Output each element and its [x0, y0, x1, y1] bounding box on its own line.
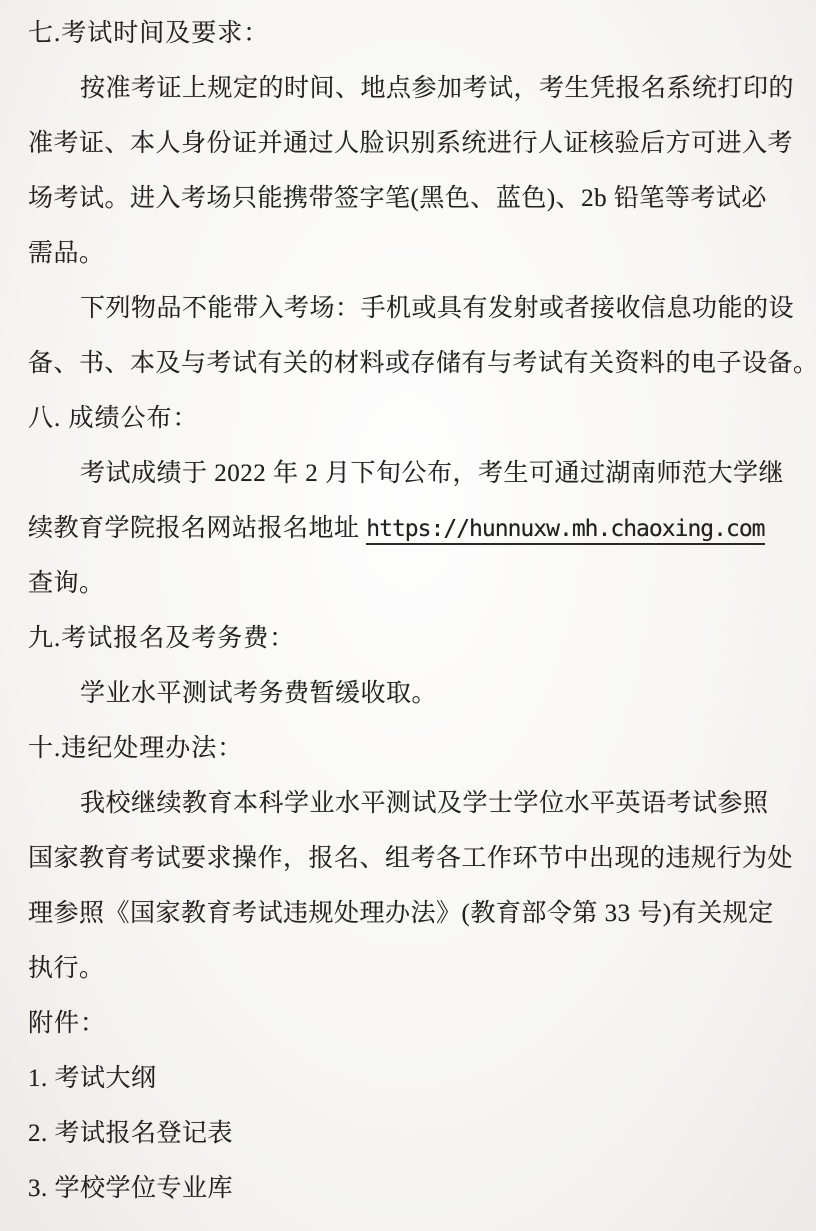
text-line: 我校继续教育本科学业水平测试及学士学位水平英语考试参照 [28, 776, 792, 831]
text-line: 考试成绩于 2022 年 2 月下旬公布，考生可通过湖南师范大学继 [28, 446, 792, 501]
attachment-item: 3. 学校学位专业库 [28, 1161, 792, 1216]
attachment-item: 2. 考试报名登记表 [28, 1106, 792, 1161]
section-heading: 八. 成绩公布： [28, 391, 792, 446]
line-text: 学业水平测试考务费暂缓收取。 [80, 680, 437, 707]
document-page: 七.考试时间及要求：按准考证上规定的时间、地点参加考试，考生凭报名系统打印的准考… [0, 0, 816, 1231]
line-text: 准考证、本人身份证并通过人脸识别系统进行人证核验后方可进入考 [28, 130, 793, 157]
line-text: 备、书、本及与考试有关的材料或存储有与考试有关资料的电子设备。 [28, 350, 816, 377]
text-line: 续教育学院报名网站报名地址 https://hunnuxw.mh.chaoxin… [28, 501, 792, 556]
line-text: 续教育学院报名网站报名地址 [28, 515, 366, 542]
text-line: 学业水平测试考务费暂缓收取。 [28, 666, 792, 721]
line-text: 理参照《国家教育考试违规处理办法》(教育部令第 33 号)有关规定 [28, 900, 774, 927]
line-text: 执行。 [28, 955, 105, 982]
line-text: 七.考试时间及要求： [28, 20, 269, 47]
section-heading: 附件： [28, 996, 792, 1051]
line-text: 国家教育考试要求操作，报名、组考各工作环节中出现的违规行为处 [28, 845, 793, 872]
text-line: 查询。 [28, 556, 792, 611]
text-line: 备、书、本及与考试有关的材料或存储有与考试有关资料的电子设备。 [28, 336, 792, 391]
section-heading: 九.考试报名及考务费： [28, 611, 792, 666]
line-text: 下列物品不能带入考场：手机或具有发射或者接收信息功能的设 [80, 295, 794, 322]
line-text: 需品。 [28, 240, 105, 267]
section-heading: 十.违纪处理办法： [28, 721, 792, 776]
attachment-item: 1. 考试大纲 [28, 1051, 792, 1106]
text-line: 需品。 [28, 226, 792, 281]
text-line: 准考证、本人身份证并通过人脸识别系统进行人证核验后方可进入考 [28, 116, 792, 171]
section-heading: 七.考试时间及要求： [28, 6, 792, 61]
text-line: 执行。 [28, 941, 792, 996]
line-text: 八. 成绩公布： [28, 405, 199, 432]
line-text: 考试成绩于 2022 年 2 月下旬公布，考生可通过湖南师范大学继 [80, 460, 784, 487]
text-line: 理参照《国家教育考试违规处理办法》(教育部令第 33 号)有关规定 [28, 886, 792, 941]
text-line: 国家教育考试要求操作，报名、组考各工作环节中出现的违规行为处 [28, 831, 792, 886]
text-line: 下列物品不能带入考场：手机或具有发射或者接收信息功能的设 [28, 281, 792, 336]
url-link[interactable]: https://hunnuxw.mh.chaoxing.com [366, 516, 764, 545]
line-text: 查询。 [28, 570, 105, 597]
line-text: 我校继续教育本科学业水平测试及学士学位水平英语考试参照 [80, 790, 769, 817]
line-text: 十.违纪处理办法： [28, 735, 243, 762]
document-body: 七.考试时间及要求：按准考证上规定的时间、地点参加考试，考生凭报名系统打印的准考… [28, 6, 792, 1216]
line-text: 1. 考试大纲 [28, 1065, 157, 1092]
line-text: 2. 考试报名登记表 [28, 1120, 233, 1147]
line-text: 附件： [28, 1010, 106, 1037]
line-text: 场考试。进入考场只能携带签字笔(黑色、蓝色)、2b 铅笔等考试必 [28, 185, 767, 212]
line-text: 九.考试报名及考务费： [28, 625, 295, 652]
text-line: 场考试。进入考场只能携带签字笔(黑色、蓝色)、2b 铅笔等考试必 [28, 171, 792, 226]
text-line: 按准考证上规定的时间、地点参加考试，考生凭报名系统打印的 [28, 61, 792, 116]
line-text: 按准考证上规定的时间、地点参加考试，考生凭报名系统打印的 [80, 75, 794, 102]
line-text: 3. 学校学位专业库 [28, 1175, 233, 1202]
